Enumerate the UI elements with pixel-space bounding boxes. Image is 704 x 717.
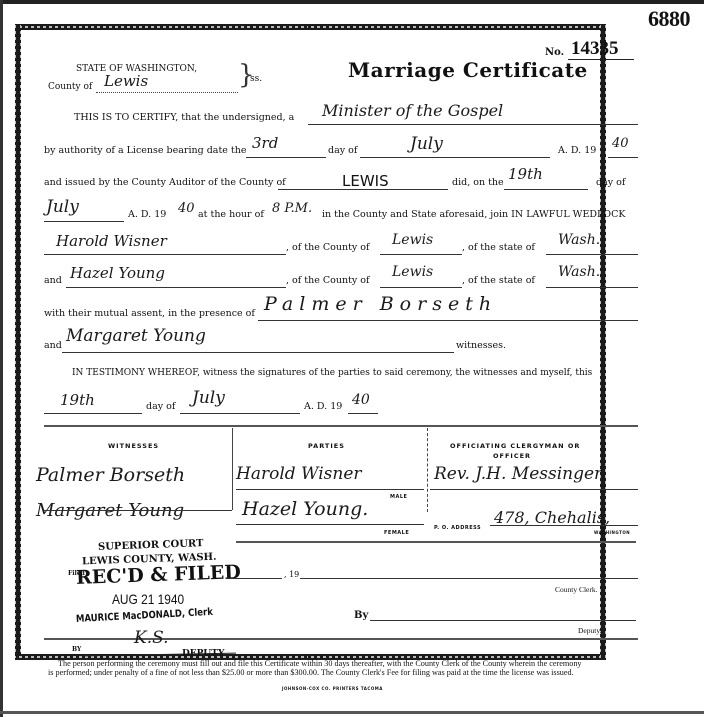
issued-prefix: and issued by the County Auditor of the … <box>44 177 286 188</box>
county-clerk-label: County Clerk. <box>555 585 598 594</box>
po-address-label: P. O. ADDRESS <box>434 525 481 531</box>
ceremony-year: 40 <box>178 201 195 216</box>
certify-prefix: THIS IS TO CERTIFY, that the undersigned… <box>74 112 294 123</box>
witness-1-signature: Palmer Borseth <box>36 464 185 486</box>
groom-name: Harold Wisner <box>56 232 167 250</box>
rule <box>490 525 638 526</box>
license-prefix: by authority of a License bearing date t… <box>44 145 246 156</box>
groom-signature: Harold Wisner <box>236 464 362 484</box>
ad-label: A. D. 19 <box>128 209 166 220</box>
column-divider <box>232 428 233 510</box>
presence-prefix: with their mutual assent, in the presenc… <box>44 308 255 319</box>
rule <box>278 189 448 190</box>
day-of-label: day of <box>328 145 357 156</box>
testimony-day: 19th <box>60 391 95 409</box>
witness-1: Palmer Borseth <box>264 293 497 315</box>
rule <box>44 254 286 255</box>
rule <box>308 124 638 125</box>
ceremony-hour: 8 P.M. <box>272 201 312 216</box>
day-of-label: day of <box>596 177 625 188</box>
rule <box>44 425 638 427</box>
rule <box>62 352 454 353</box>
rule <box>380 254 462 255</box>
male-label: MALE <box>390 494 407 500</box>
testimony-year: 40 <box>352 392 370 408</box>
of-state-label: , of the state of <box>462 242 535 253</box>
bride-state: Wash. <box>558 264 600 280</box>
county-label: County of <box>48 82 92 92</box>
witnesses-header: WITNESSES <box>108 442 159 450</box>
testimony-text: IN TESTIMONY WHEREOF, witness the signat… <box>72 368 592 378</box>
of-county-label: , of the County of <box>286 275 370 286</box>
county-value: Lewis <box>104 72 148 90</box>
rule <box>546 254 638 255</box>
officiant-title: Minister of the Gospel <box>322 101 503 120</box>
rule <box>236 489 424 490</box>
footer-instructions: is performed; under penalty of a fine of… <box>48 668 574 677</box>
rule <box>504 189 588 190</box>
rule <box>546 287 638 288</box>
rule <box>380 287 462 288</box>
ss-label: ss. <box>250 74 262 84</box>
officiant-signature: Rev. J.H. Messinger <box>434 464 602 484</box>
rule <box>236 541 636 543</box>
officiant-header: OFFICIATING CLERGYMAN OR <box>450 442 580 450</box>
rule <box>246 157 326 158</box>
witness-2: Margaret Young <box>66 326 206 346</box>
join-text: in the County and State aforesaid, join … <box>322 209 625 220</box>
page-title: Marriage Certificate <box>348 58 588 82</box>
officiant-header: OFFICER <box>493 452 531 460</box>
rule <box>236 524 424 525</box>
ad-label: A. D. 19 <box>304 401 342 412</box>
filed-date: AUG 21 1940 <box>112 591 184 607</box>
rule <box>44 413 142 414</box>
of-county-label: , of the County of <box>286 242 370 253</box>
column-divider <box>427 428 428 512</box>
deputy-label: Deputy. <box>578 626 601 635</box>
rule <box>348 413 378 414</box>
did-on-the-label: did, on the <box>452 177 504 188</box>
rule <box>180 413 300 414</box>
corner-record-number: 6880 <box>648 6 690 32</box>
bride-signature: Hazel Young. <box>242 498 368 520</box>
year-label: , 19 <box>284 570 299 579</box>
ceremony-month: July <box>46 197 79 217</box>
license-day: 3rd <box>252 134 278 152</box>
rule <box>300 578 638 579</box>
by-label: By <box>354 610 368 621</box>
rule <box>360 157 550 158</box>
rule <box>226 578 282 579</box>
deputy-stamp: DEPUTY <box>182 649 224 659</box>
printer-credit: JOHNSON-COX CO. PRINTERS TACOMA <box>282 686 383 691</box>
day-of-label: day of <box>146 401 175 412</box>
ceremony-day: 19th <box>508 165 543 183</box>
and-label: and <box>44 340 62 351</box>
and-label: and <box>44 275 62 286</box>
testimony-month: July <box>192 388 225 408</box>
hour-label: at the hour of <box>198 209 264 220</box>
rule <box>66 287 286 288</box>
groom-state: Wash. <box>558 232 600 248</box>
rule <box>96 92 238 93</box>
license-month: July <box>410 134 443 154</box>
rule <box>258 320 638 321</box>
bride-name: Hazel Young <box>70 264 165 282</box>
rule <box>44 221 124 222</box>
witnesses-suffix: witnesses. <box>456 340 506 351</box>
parties-header: PARTIES <box>308 442 345 450</box>
deputy-initials: K.S. <box>134 628 169 648</box>
by-stamp: BY <box>72 646 81 653</box>
rule <box>430 489 638 490</box>
groom-county: Lewis <box>392 232 433 248</box>
certificate-no-label: No. <box>545 47 564 58</box>
washington-label: WASHINGTON <box>594 530 630 535</box>
license-year: 40 <box>612 136 629 151</box>
rule <box>608 157 638 158</box>
footer-instructions: The person performing the ceremony must … <box>58 659 582 668</box>
female-label: FEMALE <box>384 530 409 536</box>
ad-label: A. D. 19 <box>558 145 596 156</box>
of-state-label: , of the state of <box>462 275 535 286</box>
rule <box>370 620 636 621</box>
rule <box>44 510 232 511</box>
issued-county: LEWIS <box>342 172 389 190</box>
certificate-number: 14335 <box>571 38 619 60</box>
bride-county: Lewis <box>392 264 433 280</box>
